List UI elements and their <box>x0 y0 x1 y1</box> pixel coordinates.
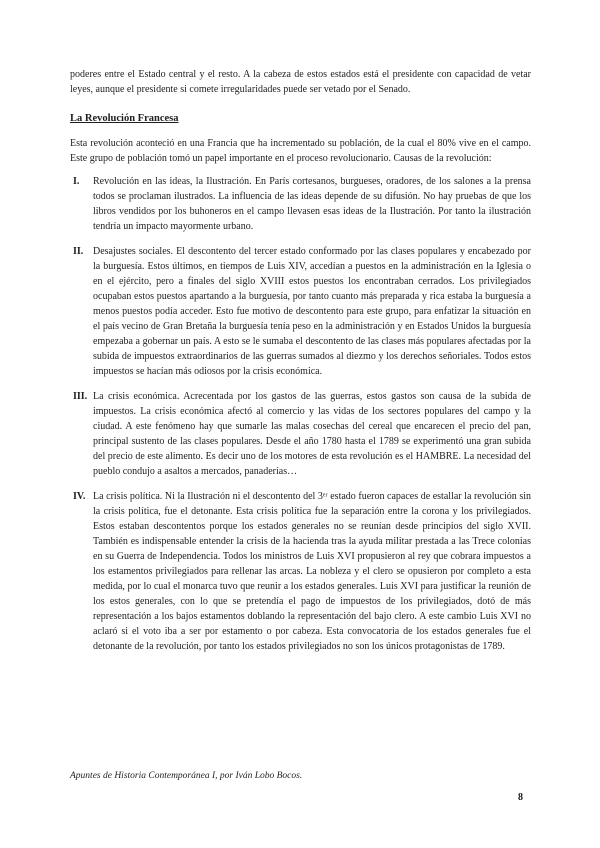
list-item-text: Desajustes sociales. El descontento del … <box>93 244 531 379</box>
page-content: poderes entre el Estado central y el res… <box>70 67 531 664</box>
list-item-cause-3: III. La crisis económica. Acrecentada po… <box>70 389 531 479</box>
lead-paragraph: Esta revolución aconteció en una Francia… <box>70 136 531 166</box>
section-heading: La Revolución Francesa <box>70 111 531 126</box>
document-page: poderes entre el Estado central y el res… <box>0 0 600 848</box>
list-item-numeral: III. <box>70 389 93 404</box>
list-item-cause-1: I. Revolución en las ideas, la Ilustraci… <box>70 174 531 234</box>
intro-paragraph: poderes entre el Estado central y el res… <box>70 67 531 97</box>
list-item-text: Revolución en las ideas, la Ilustración.… <box>93 174 531 234</box>
list-item-cause-2: II. Desajustes sociales. El descontento … <box>70 244 531 379</box>
list-item-numeral: I. <box>70 174 93 189</box>
list-item-cause-4: IV. La crisis política. Ni la Ilustració… <box>70 489 531 654</box>
list-item-text: La crisis económica. Acrecentada por los… <box>93 389 531 479</box>
list-item-numeral: II. <box>70 244 93 259</box>
list-item-text: La crisis política. Ni la Ilustración ni… <box>93 489 531 654</box>
causes-list: I. Revolución en las ideas, la Ilustraci… <box>70 174 531 654</box>
page-number: 8 <box>518 792 523 803</box>
list-item-numeral: IV. <box>70 489 93 504</box>
footer-credit: Apuntes de Historia Contemporánea I, por… <box>70 770 302 782</box>
